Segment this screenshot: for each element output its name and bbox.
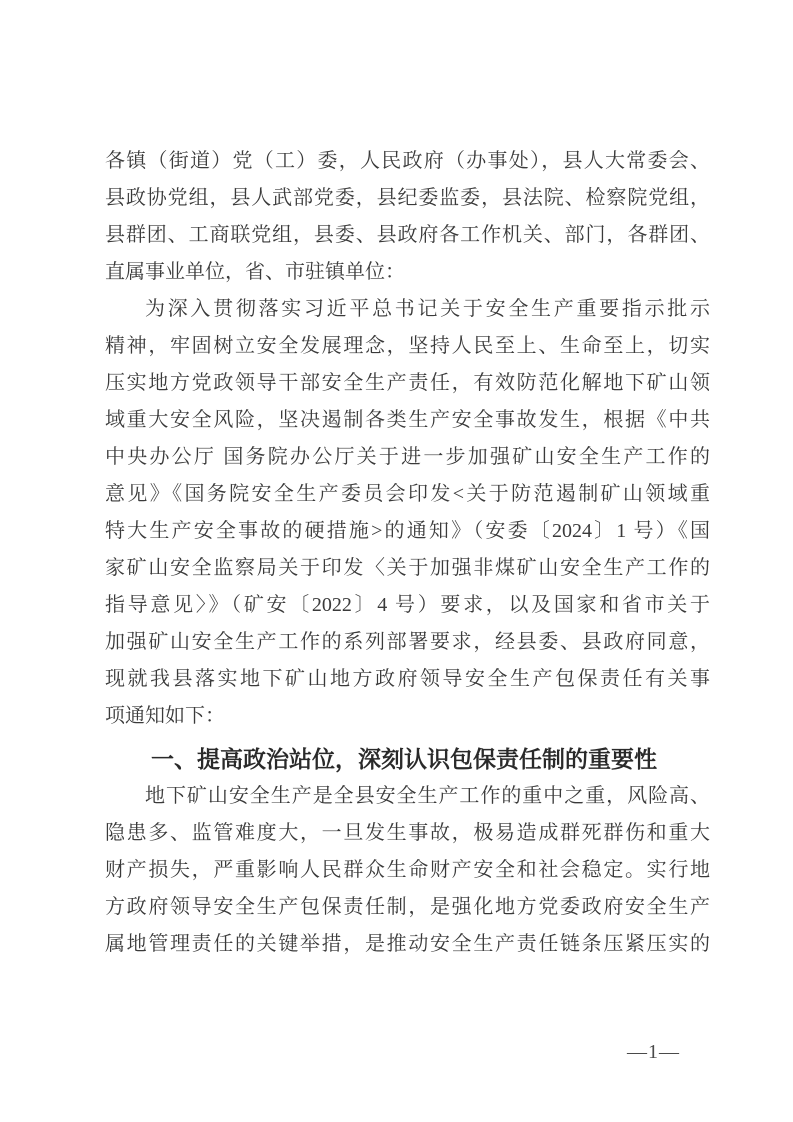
doc-line: 精神，牢固树立安全发展理念，坚持人民至上、生命至上，切实 <box>105 328 710 365</box>
document-body: 各镇（街道）党（工）委，人民政府（办事处），县人大常委会、 县政协党组，县人武部… <box>105 143 710 963</box>
doc-line: 隐患多、监管难度大，一旦发生事故，极易造成群死群伤和重大 <box>105 815 710 852</box>
doc-line: 加强矿山安全生产工作的系列部署要求，经县委、县政府同意， <box>105 624 710 661</box>
doc-line: 家矿山安全监察局关于印发〈关于加强非煤矿山安全生产工作的 <box>105 550 710 587</box>
doc-line: 项通知如下： <box>105 698 710 735</box>
doc-line: 现就我县落实地下矿山地方政府领导安全生产包保责任有关事 <box>105 661 710 698</box>
page-number: —1— <box>627 1041 680 1063</box>
doc-line: 直属事业单位，省、市驻镇单位： <box>105 254 710 291</box>
doc-line: 财产损失，严重影响人民群众生命财产安全和社会稳定。实行地 <box>105 852 710 889</box>
doc-line: 意见》《国务院安全生产委员会印发<关于防范遏制矿山领域重 <box>105 476 710 513</box>
section-heading: 一、提高政治站位，深刻认识包保责任制的重要性 <box>105 741 710 778</box>
doc-line: 域重大安全风险，坚决遏制各类生产安全事故发生，根据《中共 <box>105 402 710 439</box>
doc-line: 地下矿山安全生产是全县安全生产工作的重中之重，风险高、 <box>105 778 710 815</box>
doc-line: 属地管理责任的关键举措，是推动安全生产责任链条压紧压实的 <box>105 926 710 963</box>
doc-line: 方政府领导安全生产包保责任制，是强化地方党委政府安全生产 <box>105 889 710 926</box>
doc-line: 县群团、工商联党组，县委、县政府各工作机关、部门，各群团、 <box>105 217 710 254</box>
doc-line: 特大生产安全事故的硬措施>的通知》（安委〔2024〕1 号）《国 <box>105 513 710 550</box>
doc-line: 压实地方党政领导干部安全生产责任，有效防范化解地下矿山领 <box>105 365 710 402</box>
doc-line: 指导意见〉》（矿安〔2022〕4 号）要求，以及国家和省市关于 <box>105 587 710 624</box>
doc-line: 各镇（街道）党（工）委，人民政府（办事处），县人大常委会、 <box>105 143 710 180</box>
doc-line: 中央办公厅 国务院办公厅关于进一步加强矿山安全生产工作的 <box>105 439 710 476</box>
doc-line: 为深入贯彻落实习近平总书记关于安全生产重要指示批示 <box>105 291 710 328</box>
document-page: 各镇（街道）党（工）委，人民政府（办事处），县人大常委会、 县政协党组，县人武部… <box>0 0 793 1122</box>
doc-line: 县政协党组，县人武部党委，县纪委监委，县法院、检察院党组， <box>105 180 710 217</box>
